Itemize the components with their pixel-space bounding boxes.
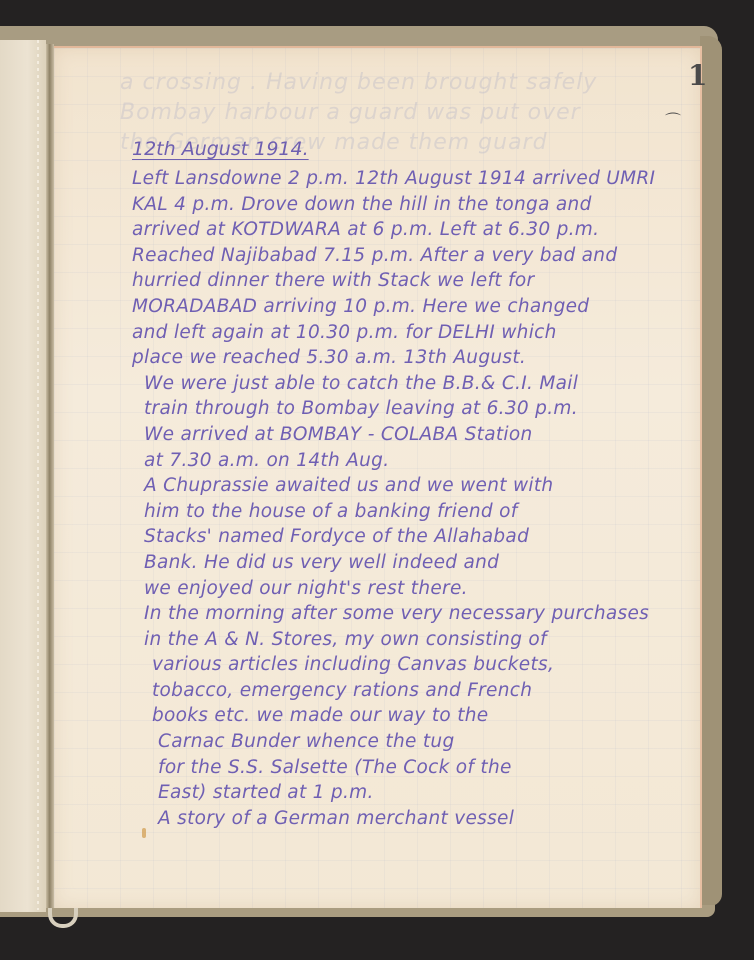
show-through-line: Bombay harbour a guard was put over	[120, 98, 680, 128]
handwritten-line: for the S.S. Salsette (The Cock of the	[132, 755, 692, 781]
paper-stain	[142, 828, 146, 838]
entry-lines: Left Lansdowne 2 p.m. 12th August 1914 a…	[132, 166, 692, 831]
handwritten-line: We were just able to catch the B.B.& C.I…	[132, 371, 692, 397]
handwritten-line: Carnac Bunder whence the tug	[132, 729, 692, 755]
notebook-cover-right-edge	[700, 36, 722, 906]
handwritten-line: hurried dinner there with Stack we left …	[132, 268, 692, 294]
handwritten-line: and left again at 10.30 p.m. for DELHI w…	[132, 320, 692, 346]
handwritten-line: place we reached 5.30 a.m. 13th August.	[132, 345, 692, 371]
diary-entry: 12th August 1914. Left Lansdowne 2 p.m. …	[132, 132, 692, 831]
handwritten-line: Left Lansdowne 2 p.m. 12th August 1914 a…	[132, 166, 692, 192]
left-facing-page	[0, 40, 46, 912]
handwritten-line: him to the house of a banking friend of	[132, 499, 692, 525]
handwritten-line: in the A & N. Stores, my own consisting …	[132, 627, 692, 653]
handwritten-line: arrived at KOTDWARA at 6 p.m. Left at 6.…	[132, 217, 692, 243]
handwritten-line: East) started at 1 p.m.	[132, 780, 692, 806]
handwritten-line: train through to Bombay leaving at 6.30 …	[132, 396, 692, 422]
handwritten-line: at 7.30 a.m. on 14th Aug.	[132, 448, 692, 474]
handwritten-line: books etc. we made our way to the	[132, 703, 692, 729]
handwritten-line: A story of a German merchant vessel	[132, 806, 692, 832]
handwritten-line: A Chuprassie awaited us and we went with	[132, 473, 692, 499]
show-through-line: a crossing . Having been brought safely	[120, 68, 680, 98]
entry-date-heading: 12th August 1914.	[132, 132, 692, 166]
page-number: 1	[688, 62, 707, 90]
handwritten-line: we enjoyed our night's rest there.	[132, 576, 692, 602]
handwritten-line: MORADABAD arriving 10 p.m. Here we chang…	[132, 294, 692, 320]
handwritten-line: Stacks' named Fordyce of the Allahabad	[132, 524, 692, 550]
binding-stitches	[37, 40, 39, 910]
page-gutter	[46, 44, 54, 908]
handwritten-line: tobacco, emergency rations and French	[132, 678, 692, 704]
handwritten-line: Bank. He did us very well indeed and	[132, 550, 692, 576]
handwritten-line: We arrived at BOMBAY - COLABA Station	[132, 422, 692, 448]
binding-thread	[48, 906, 78, 928]
handwritten-line: Reached Najibabad 7.15 p.m. After a very…	[132, 243, 692, 269]
handwritten-line: KAL 4 p.m. Drove down the hill in the to…	[132, 192, 692, 218]
corner-mark: ⌒	[665, 113, 681, 129]
handwritten-line: In the morning after some very necessary…	[132, 601, 692, 627]
handwritten-line: various articles including Canvas bucket…	[132, 652, 692, 678]
